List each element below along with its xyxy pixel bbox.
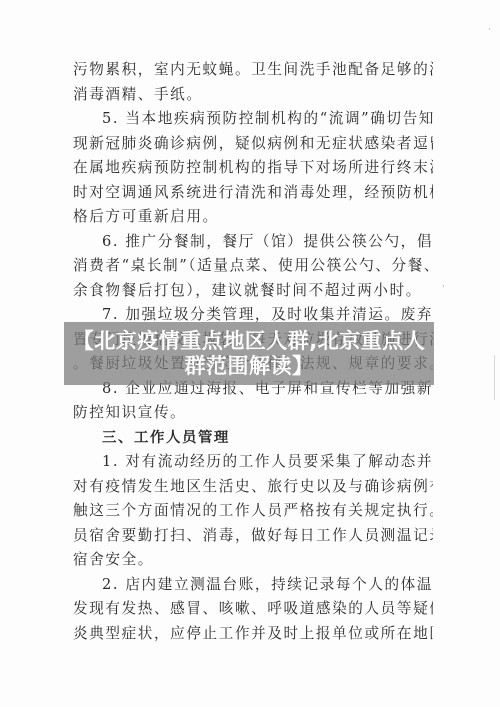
text-line: 2. 店内建立测温台账，持续记录每个人的体温状况。如 <box>73 573 433 598</box>
text-line: 触这三个方面情况的工作人员严格按有关规定执行。工作人 <box>73 499 433 524</box>
text-line: 员宿舍要勤打扫、消毒，做好每日工作人员测温记录，确保 <box>73 524 433 549</box>
scan-artifact <box>489 28 490 30</box>
text-line: 对有疫情发生地区生活史、旅行史以及与确诊病例有密切接 <box>73 475 433 500</box>
banner-title: 【北京疫情重点地区人群,北京重点人群范围解读】 <box>69 329 429 379</box>
text-line: 1. 对有流动经历的工作人员要采集了解动态并登记汇总， <box>73 450 433 475</box>
title-banner-overlay: 【北京疫情重点地区人群,北京重点人群范围解读】 <box>64 322 434 385</box>
text-line: 现新冠肺炎确诊病例，疑似病例和无症状感染者逗留过，应 <box>73 132 433 157</box>
text-line: 时对空调通风系统进行清洗和消毒处理，经预防机构评价合 <box>73 181 433 206</box>
scan-artifact <box>443 285 444 287</box>
text-line: 在属地疾病预防控制机构的指导下对场所进行终末消毒，同 <box>73 156 433 181</box>
text-line: 宿舍安全。 <box>73 548 433 573</box>
text-line: 炎典型症状，应停止工作并及时上报单位或所在地区专业部 <box>73 622 433 647</box>
text-line: 格后方可重新启用。 <box>73 205 433 230</box>
text-line: 消费者“桌长制”（适量点菜、使用公筷公勺、分餐、剩 <box>73 254 433 279</box>
text-line: 5. 当本地疾病预防控制机构的“流调”确切告知本店出 <box>73 107 433 132</box>
scan-artifact <box>494 355 495 400</box>
text-line: 发现有发热、感冒、咳嗽、呼吸道感染的人员等疑似新冠肺 <box>73 597 433 622</box>
text-line: 防控知识宣传。 <box>73 401 433 426</box>
section-heading: 三、工作人员管理 <box>73 426 433 451</box>
text-line: 6. 推广分餐制，餐厅（馆）提供公筷公勺，倡议实施 <box>73 230 433 255</box>
text-line: 消毒酒精、手纸。 <box>73 83 433 108</box>
text-line: 污物累积，室内无蚊蝇。卫生间洗手池配备足够的洗手液、 <box>73 58 433 83</box>
text-line: 余食物餐后打包），建议就餐时间不超过两小时。 <box>73 279 433 304</box>
scanned-document-page: 污物累积，室内无蚊蝇。卫生间洗手池配备足够的洗手液、 消毒酒精、手纸。 5. 当… <box>0 0 500 707</box>
